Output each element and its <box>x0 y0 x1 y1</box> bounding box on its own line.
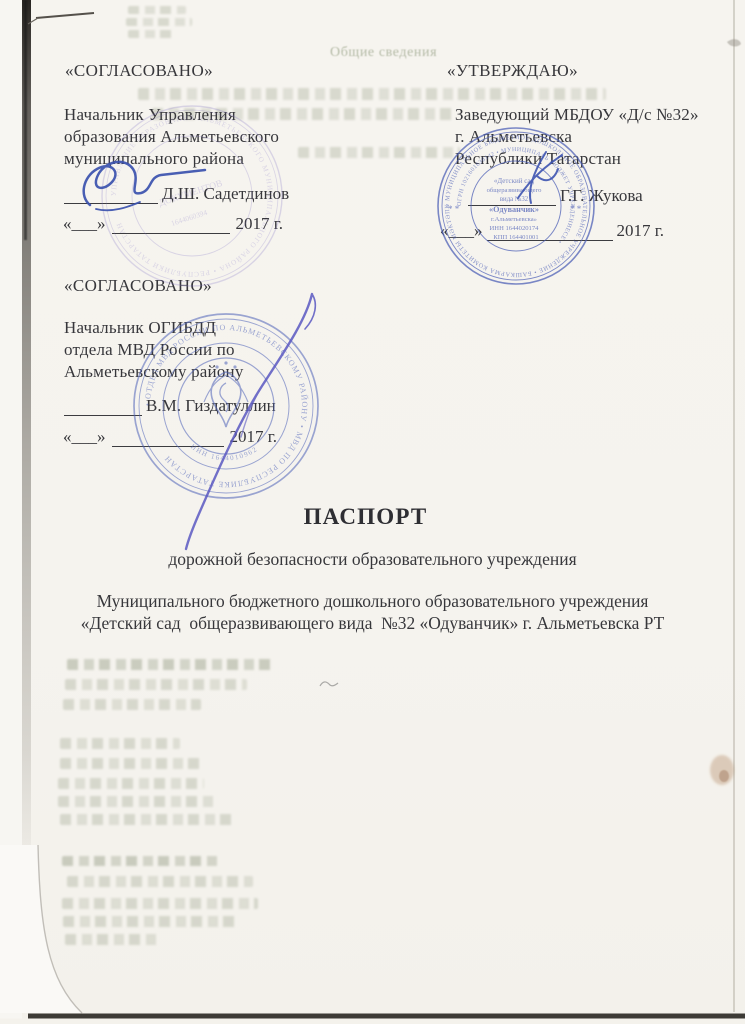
stamp-emblem <box>204 361 248 427</box>
education-department-stamp: УПРАВЛЕНИЕ ОБРАЗОВАНИЯ АЛЬМЕТЬЕВСКОГО МУ… <box>102 106 282 286</box>
svg-text:«Детский сад общеразвива: «Детский сад общеразвивающего вида №32 «… <box>487 170 546 241</box>
stamps-and-artifacts-layer: УПРАВЛЕНИЕ ОБРАЗОВАНИЯ АЛЬМЕТЬЕВСКОГО МУ… <box>0 0 745 1024</box>
svg-text:* *: * * <box>448 204 460 214</box>
scanned-document-page: { "page": { "paper_color": "#f5f3ee", "i… <box>0 0 745 1024</box>
page-edge-dark-core <box>24 0 27 240</box>
bottom-page-edge <box>28 1014 745 1019</box>
svg-text:• ОТДЕЛ МВД РОССИИ ПО АЛЬМЕТЬЕ: • ОТДЕЛ МВД РОССИИ ПО АЛЬМЕТЬЕВСКОМУ РАЙ… <box>143 323 309 489</box>
svg-text:* *: * * <box>570 204 582 214</box>
page-corner-curl <box>0 845 82 1013</box>
svg-text:ДОКУМЕНТОВ: ДОКУМЕНТОВ <box>158 179 224 209</box>
stain-mark-core <box>719 770 729 782</box>
bottom-scanner-margin <box>0 1019 745 1024</box>
kindergarten-stamp: • МУНИЦИПАЛЬНОЕ БЮДЖЕТНОЕ ДОШКОЛЬНОЕ ОБР… <box>0 0 594 284</box>
scan-speck <box>727 39 741 46</box>
svg-text:1644060394: 1644060394 <box>170 208 209 228</box>
pencil-mark <box>320 682 338 686</box>
staple-mark <box>36 13 94 18</box>
